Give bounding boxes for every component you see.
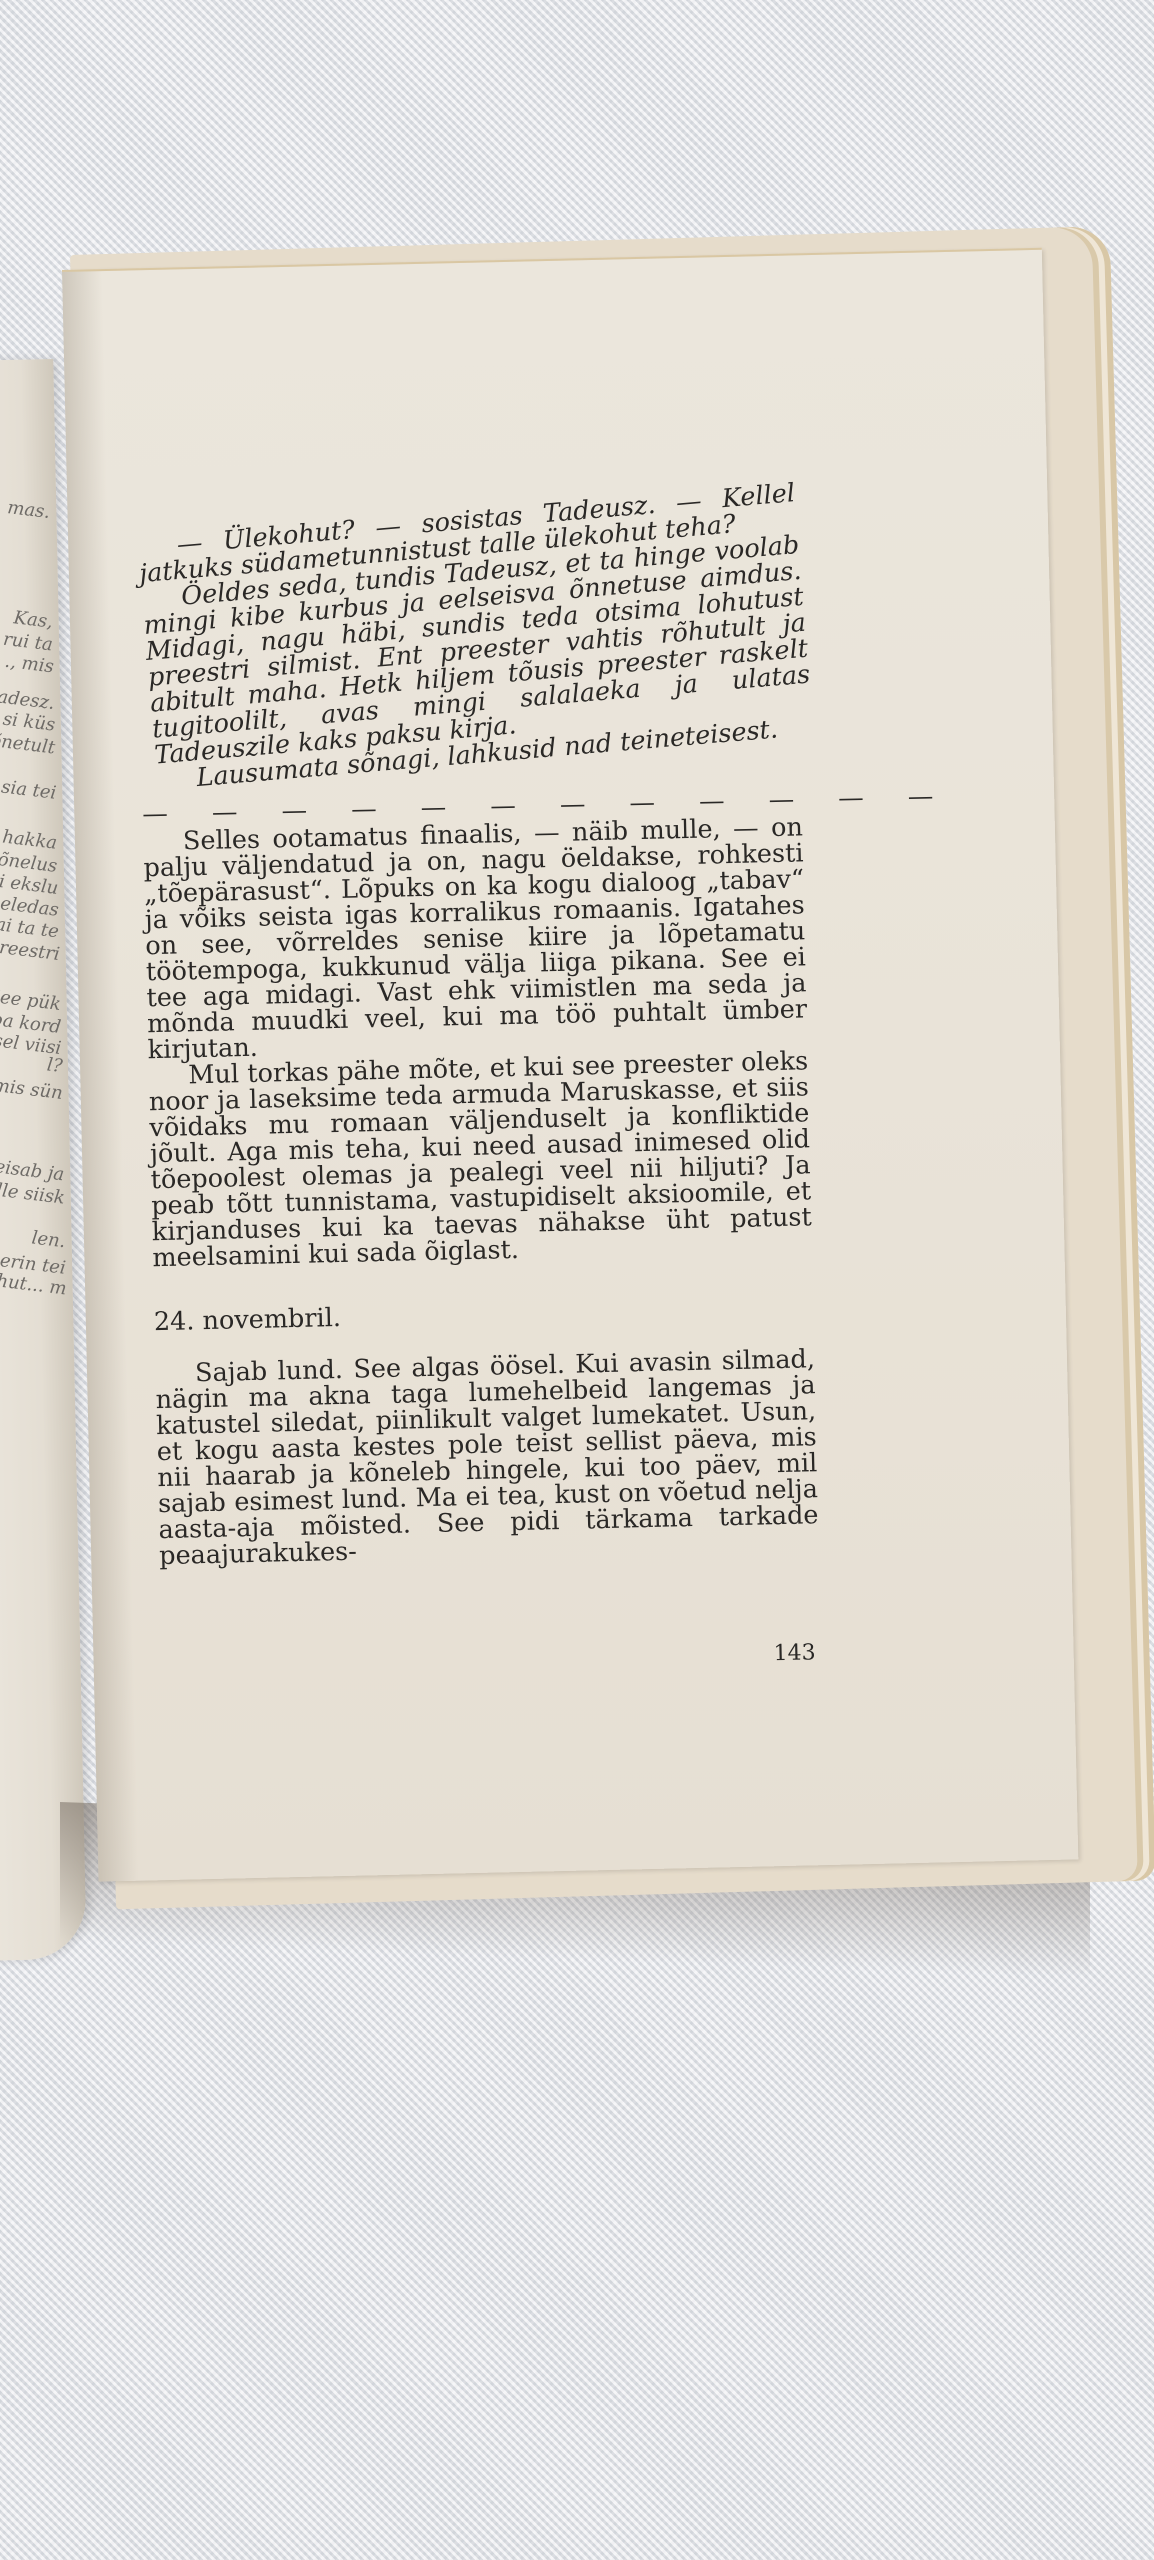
body-paragraph: Selles ootamatus finaalis, — näib mulle,… xyxy=(143,814,808,1063)
page-text: — Ülekohut? — sosistas Tadeusz. — Kellel… xyxy=(136,520,819,1569)
italic-section: — Ülekohut? — sosistas Tadeusz. — Kellel… xyxy=(136,480,815,794)
left-page-fragment: len. xyxy=(31,1227,67,1252)
left-page-fragment: sia tei xyxy=(0,776,57,803)
body-paragraph: Sajab lund. See algas öösel. Kui avasin … xyxy=(155,1346,820,1569)
left-page-fragment: mas. xyxy=(7,497,52,523)
left-page-fragment: l? xyxy=(45,1054,63,1077)
page-number: 143 xyxy=(773,1640,816,1666)
right-page: — Ülekohut? — sosistas Tadeusz. — Kellel… xyxy=(62,248,1078,1882)
left-page-fragment: ., mis xyxy=(3,651,54,678)
left-page-fragment: Kas, xyxy=(12,607,53,632)
date-heading: 24. novembril. xyxy=(154,1294,814,1335)
body-paragraph: Mul torkas pähe mõte, et kui see preeste… xyxy=(148,1048,813,1271)
left-page-fragment: d mis sün xyxy=(0,1073,63,1104)
